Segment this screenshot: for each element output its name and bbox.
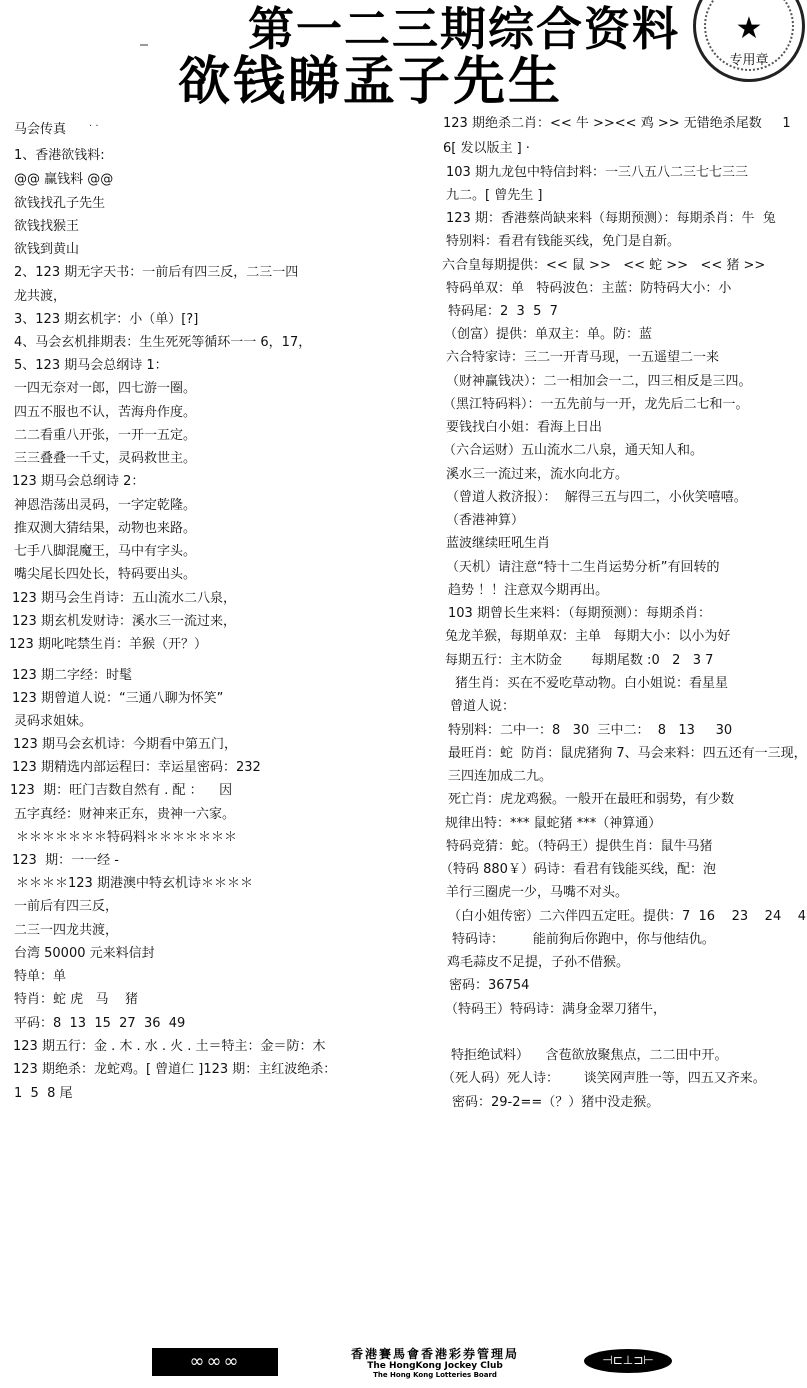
text-line: 猪生肖：买在不爱吃草动物。白小姐说：看星星 [455,676,728,692]
text-line: 曾道人说： [450,699,515,715]
star-icon: ★ [696,13,802,45]
text-line: 123 期马会总纲诗 2： [12,474,144,490]
text-line: ＊＊＊＊＊＊＊特码料＊＊＊＊＊＊＊ [16,830,237,846]
text-line: 二二看重八开张，一开一五定。 [14,428,196,444]
text-line: 密码：29-2==（？）猪中没走猴。 [452,1095,659,1111]
text-line: 趋势 ！！注意双今期再出。 [448,583,608,599]
text-line: 123 期绝杀二肖：<< 牛 >><< 鸡 >> 无错绝杀尾数 1 5 [443,116,807,132]
footer-chinese-name: 香港賽馬會香港彩券管理局 [290,1347,580,1361]
text-line: 神恩浩荡出灵码，一字定乾隆。 [14,498,196,514]
text-line: 123 期精选内部运程曰：幸运星密码：232 [12,760,261,776]
text-line: 特码尾：2 3 5 7 [448,304,558,320]
text-line: 灵码求姐妹。 [14,714,92,730]
text-line: 4、马会玄机排期表：生生死死等循环一一 6，17， [14,335,311,351]
text-line: 每期五行：主木防金 每期尾数 :0 2 3 7 [445,653,713,669]
text-line: 蓝波继续旺吼生肖 [446,536,550,552]
text-line: 123 期五行：金 . 木 . 水 . 火 . 土＝特主：金＝防：木 [13,1039,326,1055]
text-line: 龙共渡， [14,289,66,305]
text-line: 123 期马会生肖诗：五山流水二八泉， [12,591,236,607]
text-line: 103 期曾长生来料：（每期预测）：每期杀肖： [448,606,711,622]
text-line: 三三叠叠一千丈，灵码救世主。 [14,451,196,467]
text-line: 特单：单 [14,969,66,985]
page-subtitle: 欲钱睇孟子先生 [178,52,563,112]
stamp-ring-text: 香港六合彩日报社 [696,0,802,2]
text-line: 123 期：旺门吉数自然有 . 配 ： 因 [10,783,232,799]
text-line: 四五不服也不认，苦海舟作度。 [14,405,196,421]
text-line: 欲钱找猴王 [14,219,79,235]
text-line: 一四无奈对一郎，四七游一圈。 [14,381,196,397]
text-line: 嘴尖尾长四处长，特码要出头。 [14,567,196,583]
text-line: 特码诗： 能前狗后你跑中，你与他结仇。 [452,932,715,948]
text-line: 123 期：一一经 - [12,853,119,869]
official-seal-stamp: 香港六合彩日报社 ★ 专用章 [693,0,805,82]
text-line: （白小姐传密）二六伴四五定旺。提供：7 16 23 24 45 [448,909,807,925]
text-line: 特别料：看君有钱能买线，免门是自新。 [446,234,680,250]
text-line: 九二。[ 曾先生 ] [446,188,542,204]
text-line: @@ 赢钱料 @@ [14,172,113,188]
lotteries-board-logo-right: ⊣⊏⊥⊐⊢ [584,1349,672,1373]
stamp-center-text: 专用章 [696,49,802,68]
text-line: 羊行三圈虎一少，马嘴不对头。 [446,885,628,901]
text-line: 七手八脚混魔王，马中有字头。 [14,544,196,560]
text-line: （财神赢钱决）：二一相加会一二，四三相反是三四。 [446,374,752,390]
decorative-dots: · · [89,121,99,132]
text-line: （天机）请注意“特十二生肖运势分析”有回转的 [446,560,719,576]
text-line: 103 期九龙包中特信封料：一三八五八二三七七三三 [446,165,748,181]
jockey-club-logo-left: ∞∞∞ [152,1348,278,1376]
text-line: 死亡肖：虎龙鸡猴。一般开在最旺和弱势，有少数 [448,792,734,808]
text-line: 123 期二字经：时髦 [12,668,132,684]
text-line: 规律出特：*** 鼠蛇猪 ***（神算通） [445,816,661,832]
text-line: 欲钱到黄山 [14,242,79,258]
text-line: 3、123 期玄机字：小（单）[?] [14,312,198,328]
footer-organization: 香港賽馬會香港彩券管理局 The HongKong Jockey Club Th… [290,1347,580,1379]
text-line: （黑江特码料）：一五先前与一开，龙先后二七和一。 [443,397,749,413]
page-title: 第一二三期综合资料 [248,2,680,56]
text-line: （创富）提供：单双主：单。防：蓝 [444,327,652,343]
footer: ∞∞∞ 香港賽馬會香港彩券管理局 The HongKong Jockey Clu… [0,1345,807,1385]
text-line: 特拒绝试料） 含苞欲放聚焦点，二二田中开。 [451,1048,728,1064]
text-line: 密码：36754 [449,978,529,994]
decorative-dash [140,44,148,46]
text-line: 123 期曾道人说：“三通八聊为怀笑” [12,691,223,707]
text-line: ＊＊＊＊123 期港澳中特玄机诗＊＊＊＊ [16,876,253,892]
text-line: 马会传真 [14,122,66,138]
text-line: （六合运财）五山流水二八泉，通天知人和。 [443,443,703,459]
text-line: 特码竞猜：蛇。（特码王）提供生肖：鼠牛马猪 [446,839,713,855]
text-line: 特别料：二中一：8 30 三中二： 8 13 30 [448,723,732,739]
text-line: 平码：8 13 15 27 36 49 [14,1016,185,1032]
text-line: （死人码）死人诗： 谈笑网声胜一等，四五又齐来。 [442,1071,766,1087]
text-line: 六合皇每期提供：<< 鼠 >> << 蛇 >> << 猪 >> [442,258,765,274]
text-line: 五字真经：财神来正东，贵神一六家。 [14,807,235,823]
text-line: 溪水三一流过来，流水向北方。 [446,467,628,483]
text-line: （曾道人救济报）： 解得三五与四二，小伙笑嘻嘻。 [446,490,747,506]
text-line: 特肖：蛇 虎 马 猪 [14,992,138,1008]
text-line: 推双测大猜结果，动物也来路。 [14,521,196,537]
text-line: 要钱找白小姐：看海上日出 [446,420,602,436]
text-line: 一前后有四三反， [14,899,118,915]
text-line: 123 期：香港蔡尚缺来料（每期预测）：每期杀肖：牛 兔 [446,211,776,227]
text-line: 特码单双：单 特码波色：主蓝：防特码大小：小 [446,281,731,297]
text-line: 二三一四龙共渡， [14,923,118,939]
knot-logo-icon: ∞∞∞ [152,1350,278,1374]
text-line: 1、香港欲钱料: [14,148,105,164]
text-line: （特码 880￥）码诗：看君有钱能买线，配：泡 [440,862,716,878]
text-line: 台湾 50000 元来料信封 [14,946,155,962]
text-line: 兔龙羊猴，每期单双：主单 每期大小：以小为好 [445,629,730,645]
text-line: 六合特家诗：三二一开青马现，一五遥望二一来 [446,350,719,366]
text-line: 5、123 期马会总纲诗 1： [14,358,168,374]
text-line: 123 期玄机发财诗：溪水三一流过来， [12,614,236,630]
text-line: 6[ 发以版主 ] · [443,141,530,157]
text-line: （香港神算） [446,513,524,529]
text-line: 2、123 期无字天书：一前后有四三反，二三一四 [14,265,298,281]
text-line: 123 期马会玄机诗：今期看中第五门， [13,737,237,753]
text-line: 三四连加成二九。 [448,769,552,785]
emblem-logo-icon: ⊣⊏⊥⊐⊢ [584,1352,672,1368]
text-line: （特码王）特码诗：满身金翠刀猪牛， [445,1002,666,1018]
text-line: 123 期叱咤禁生肖：羊猴（开？） [9,637,207,653]
footer-english-name: The HongKong Jockey Club [290,1361,580,1371]
text-line: 欲钱找孔子先生 [14,196,105,212]
footer-english-subname: The Hong Kong Lotteries Board [290,1371,580,1379]
text-line: 最旺肖：蛇 防肖：鼠虎猪狗 7、马会来料：四五还有一三现， [448,746,807,762]
text-line: 1 5 8 尾 [14,1086,72,1102]
text-line: 123 期绝杀：龙蛇鸡。[ 曾道仁 ]123 期：主红波绝杀： [13,1062,336,1078]
text-line: 鸡毛蒜皮不足提，子孙不借猴。 [447,955,629,971]
